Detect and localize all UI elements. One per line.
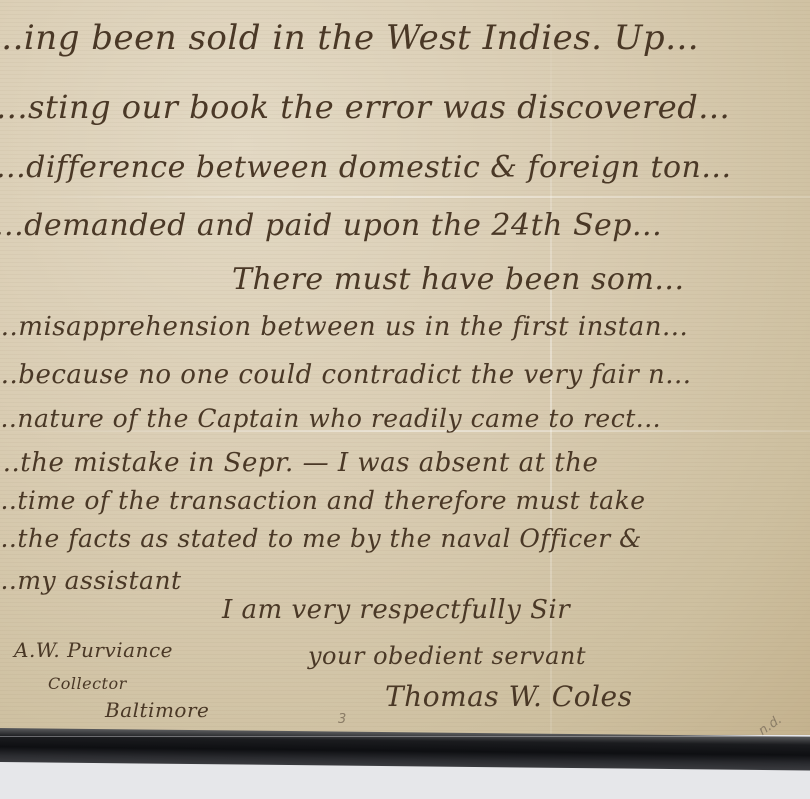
addressee-title: Collector xyxy=(48,674,127,693)
page-number: 3 xyxy=(338,712,346,727)
closing-line: I am very respectfully Sir xyxy=(222,595,570,625)
paper-fold xyxy=(0,196,810,198)
letter-line: ...my assistant xyxy=(0,566,182,595)
pencil-note: n.d. xyxy=(756,712,785,738)
letter-line: ...demanded and paid upon the 24th Sep..… xyxy=(0,208,662,243)
frame-highlight xyxy=(0,736,810,737)
letter-line: ...the mistake in Sepr. — I was absent a… xyxy=(0,448,598,478)
closing-line: your obedient servant xyxy=(308,642,586,670)
addressee-place: Baltimore xyxy=(105,698,209,722)
letter-line: ...misapprehension between us in the fir… xyxy=(0,312,688,342)
letter-line: ...time of the transaction and therefore… xyxy=(0,486,646,515)
letter-line: ...the facts as stated to me by the nava… xyxy=(0,524,642,553)
letter-line: ...ing been sold in the West Indies. Up.… xyxy=(0,18,699,58)
addressee-name: A.W. Purviance xyxy=(14,638,173,662)
letter-line: There must have been som... xyxy=(232,262,685,297)
letter-line: ...difference between domestic & foreign… xyxy=(0,150,732,185)
letter-line: ...nature of the Captain who readily cam… xyxy=(0,404,661,433)
picture-frame-edge xyxy=(0,728,810,770)
letter-line: ...because no one could contradict the v… xyxy=(0,360,692,390)
signature: Thomas W. Coles xyxy=(385,680,632,713)
letter-line: ...sting our book the error was discover… xyxy=(0,88,730,126)
letter-paper: ...ing been sold in the West Indies. Up.… xyxy=(0,0,810,735)
